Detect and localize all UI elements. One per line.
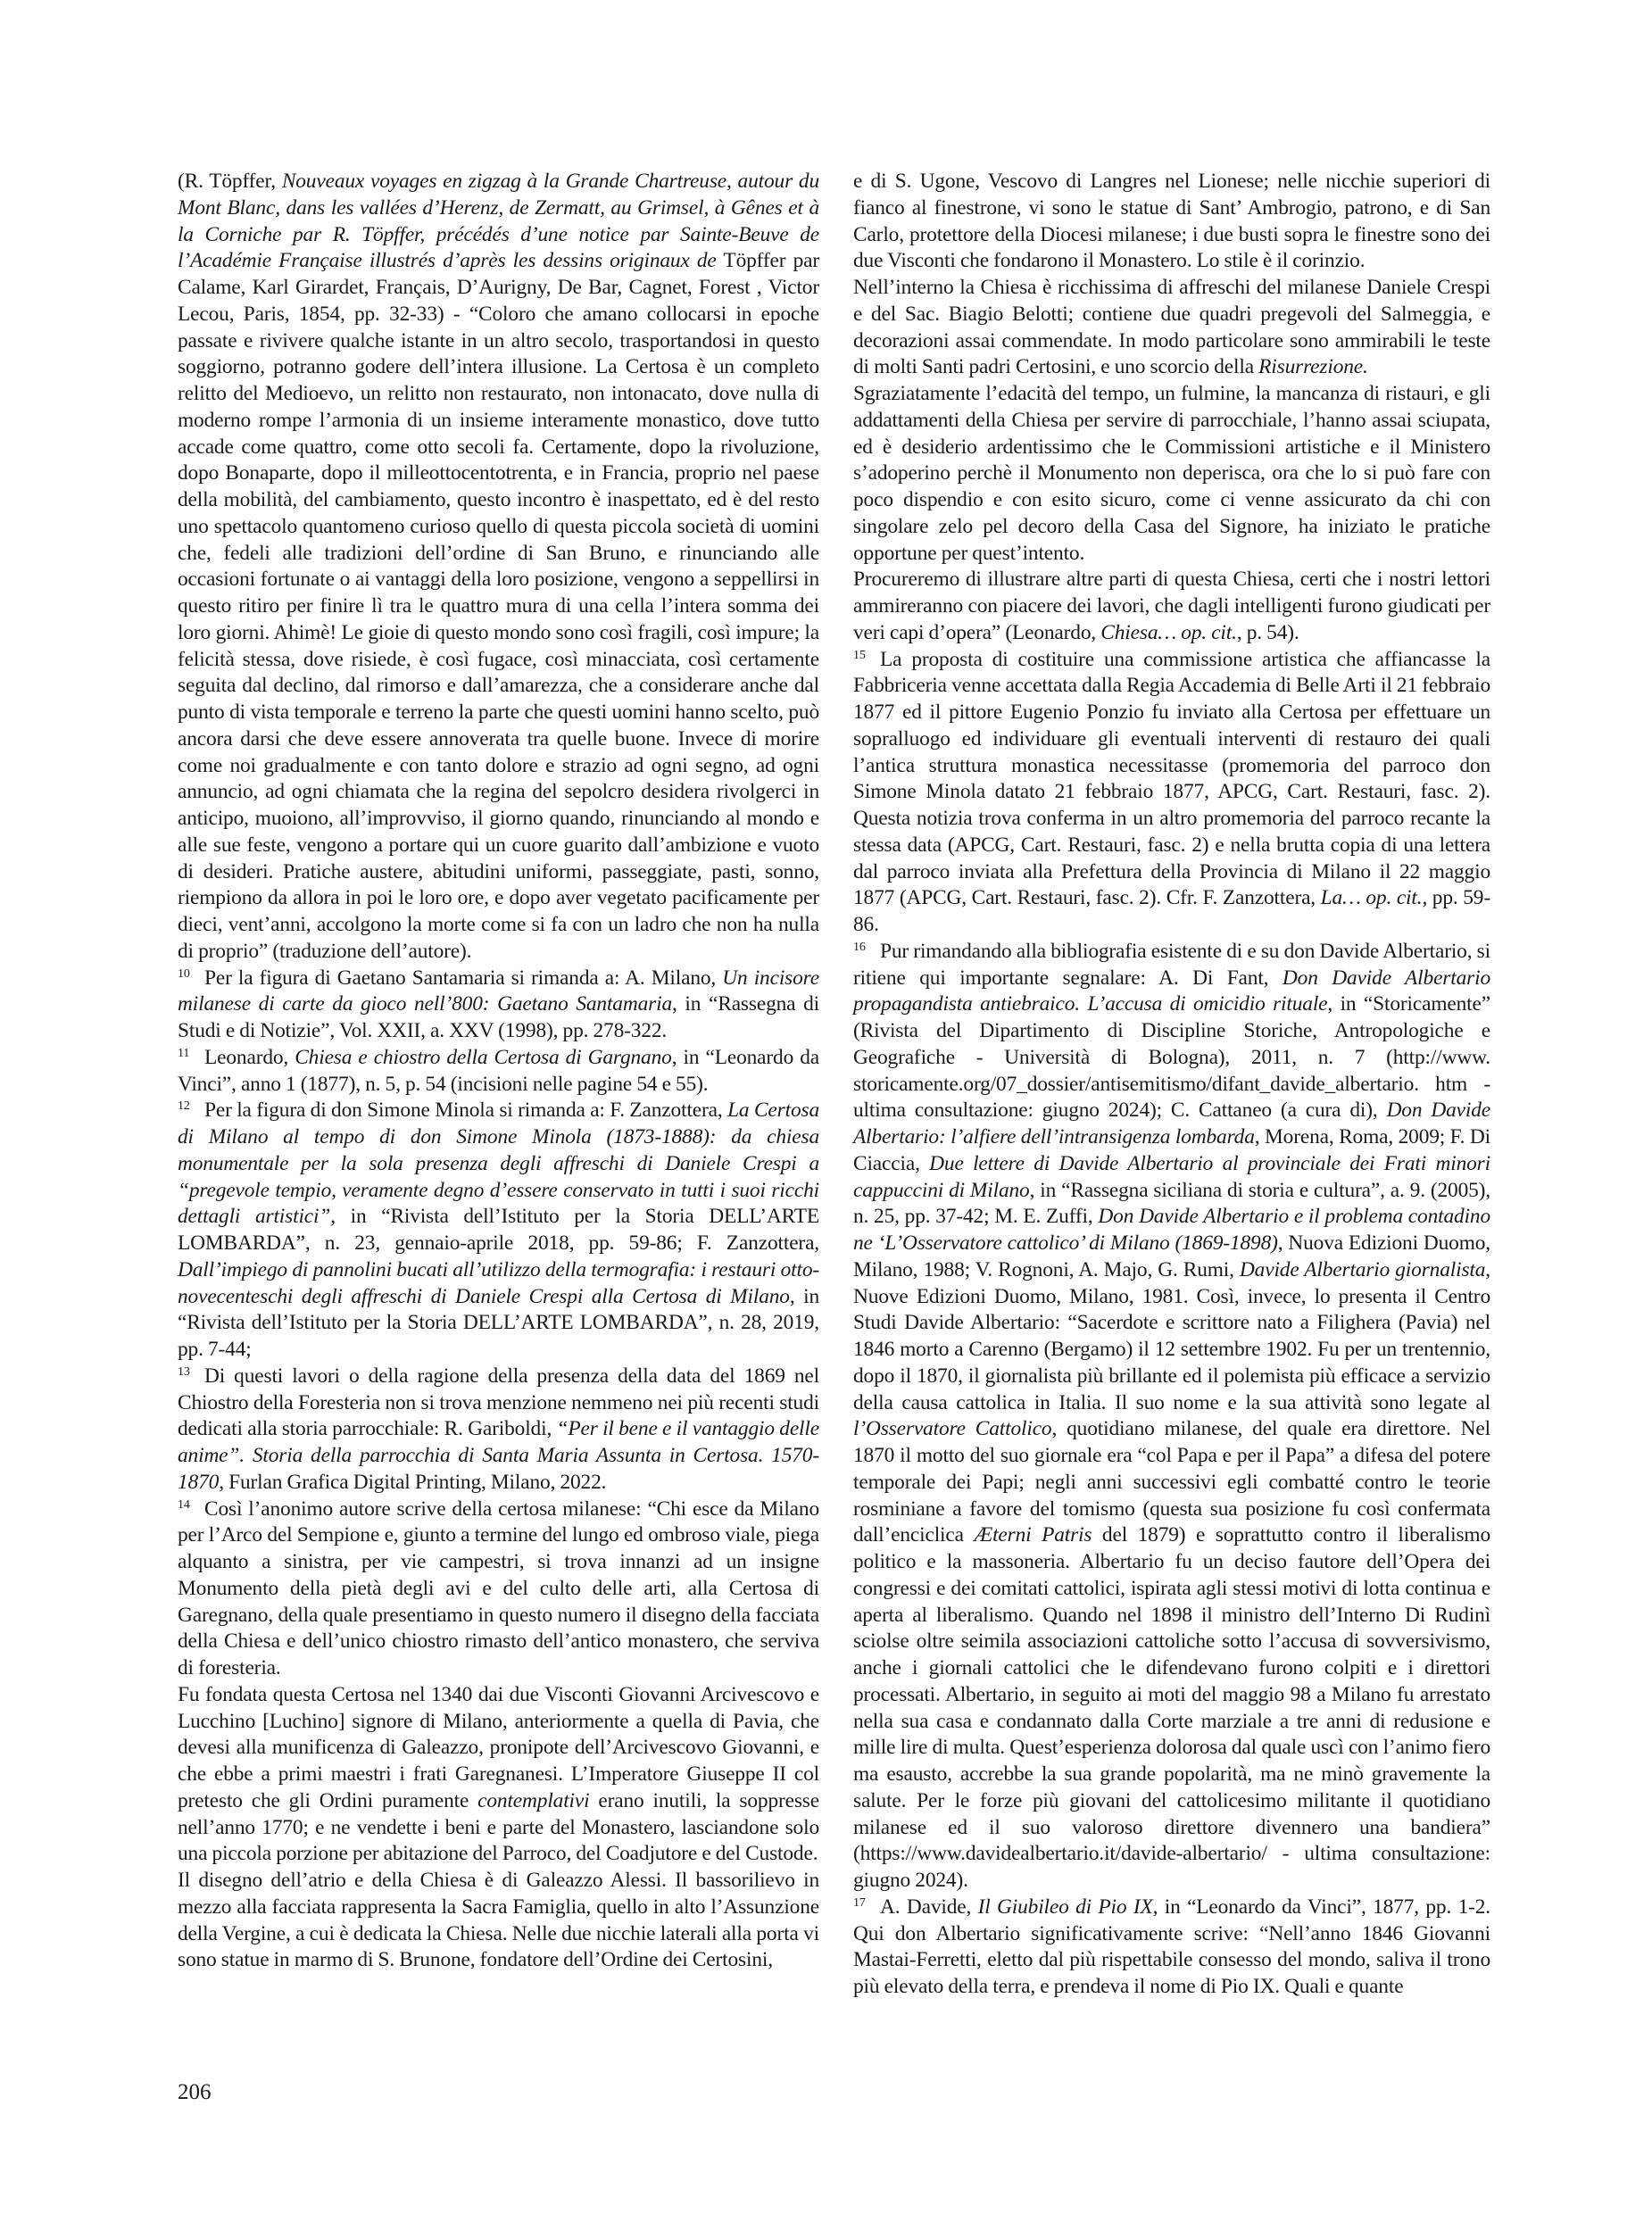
footnote: 10Per la figura di Gaetano Santamaria si… bbox=[178, 966, 819, 1045]
text-run: Il disegno dell’atrio e della Chiesa è d… bbox=[178, 1869, 819, 1971]
text-run: Così l’anonimo autore scrive della certo… bbox=[178, 1497, 819, 1680]
body-paragraph: Fu fondata questa Certosa nel 1340 dai d… bbox=[178, 1682, 819, 1868]
italic-text-run: Æterni Patris bbox=[974, 1523, 1092, 1546]
italic-text-run: Risurrezione. bbox=[1258, 355, 1368, 378]
footnote: 14Così l’anonimo autore scrive della cer… bbox=[178, 1497, 819, 1682]
right-text-column: e di S. Ugone, Vescovo di Langres nel Li… bbox=[853, 169, 1490, 2001]
italic-text-run: l’Osservatore Cattolico bbox=[853, 1417, 1051, 1440]
italic-text-run: Dall’impiego di pannolini bucati all’uti… bbox=[178, 1258, 819, 1308]
italic-text-run: La… op. cit. bbox=[1321, 886, 1423, 909]
body-paragraph: (R. Töpffer, Nouveaux voyages en zigzag … bbox=[178, 169, 819, 966]
italic-text-run: Il Giubileo di Pio IX bbox=[978, 1895, 1153, 1919]
footnote: 15La proposta di costituire una commissi… bbox=[853, 647, 1490, 939]
text-run: , Furlan Grafica Digital Printing, Milan… bbox=[219, 1471, 606, 1494]
text-run: (R. Töpffer, bbox=[178, 170, 282, 193]
left-text-column: (R. Töpffer, Nouveaux voyages en zigzag … bbox=[178, 169, 819, 1974]
text-run: La proposta di costituire una commission… bbox=[853, 648, 1490, 910]
text-run: Per la figura di Gaetano Santamaria si r… bbox=[204, 966, 722, 990]
text-run: , p. 54). bbox=[1237, 621, 1299, 644]
text-run: Per la figura di don Simone Minola si ri… bbox=[204, 1099, 727, 1122]
page-number: 206 bbox=[178, 2079, 212, 2106]
footnote: 11Leonardo, Chiesa e chiostro della Cert… bbox=[178, 1045, 819, 1099]
italic-text-run: contemplativi bbox=[477, 1789, 589, 1812]
text-run: A. Davide, bbox=[880, 1895, 978, 1919]
text-run: Leonardo, bbox=[204, 1046, 295, 1069]
body-paragraph: Nell’interno la Chiesa è ricchissima di … bbox=[853, 275, 1490, 381]
document-page: (R. Töpffer, Nouveaux voyages en zigzag … bbox=[0, 0, 1652, 2214]
body-paragraph: Il disegno dell’atrio e della Chiesa è d… bbox=[178, 1868, 819, 1974]
text-run: e di S. Ugone, Vescovo di Langres nel Li… bbox=[853, 170, 1490, 272]
text-run: Nell’interno la Chiesa è ricchissima di … bbox=[853, 276, 1490, 378]
italic-text-run: Chiesa… op. cit. bbox=[1100, 621, 1237, 644]
italic-text-run: Chiesa e chiostro della Certosa di Gargn… bbox=[295, 1046, 671, 1069]
body-paragraph: Procureremo di illustrare altre parti di… bbox=[853, 567, 1490, 646]
body-paragraph: Sgraziatamente l’edacità del tempo, un f… bbox=[853, 381, 1490, 567]
italic-text-run: Davide Albertario giornalista bbox=[1240, 1258, 1485, 1281]
text-run: del 1879) e soprattutto contro il libera… bbox=[853, 1523, 1490, 1892]
text-run: Töpffer par Calame, Karl Girardet, Franç… bbox=[178, 249, 819, 963]
body-paragraph: e di S. Ugone, Vescovo di Langres nel Li… bbox=[853, 169, 1490, 275]
footnote: 12Per la figura di don Simone Minola si … bbox=[178, 1098, 819, 1364]
footnote: 17A. Davide, Il Giubileo di Pio IX, in “… bbox=[853, 1895, 1490, 2001]
text-run: Sgraziatamente l’edacità del tempo, un f… bbox=[853, 382, 1490, 565]
footnote: 13Di questi lavori o della ragione della… bbox=[178, 1364, 819, 1497]
footnote: 16Pur rimandando alla bibliografia esist… bbox=[853, 939, 1490, 1895]
